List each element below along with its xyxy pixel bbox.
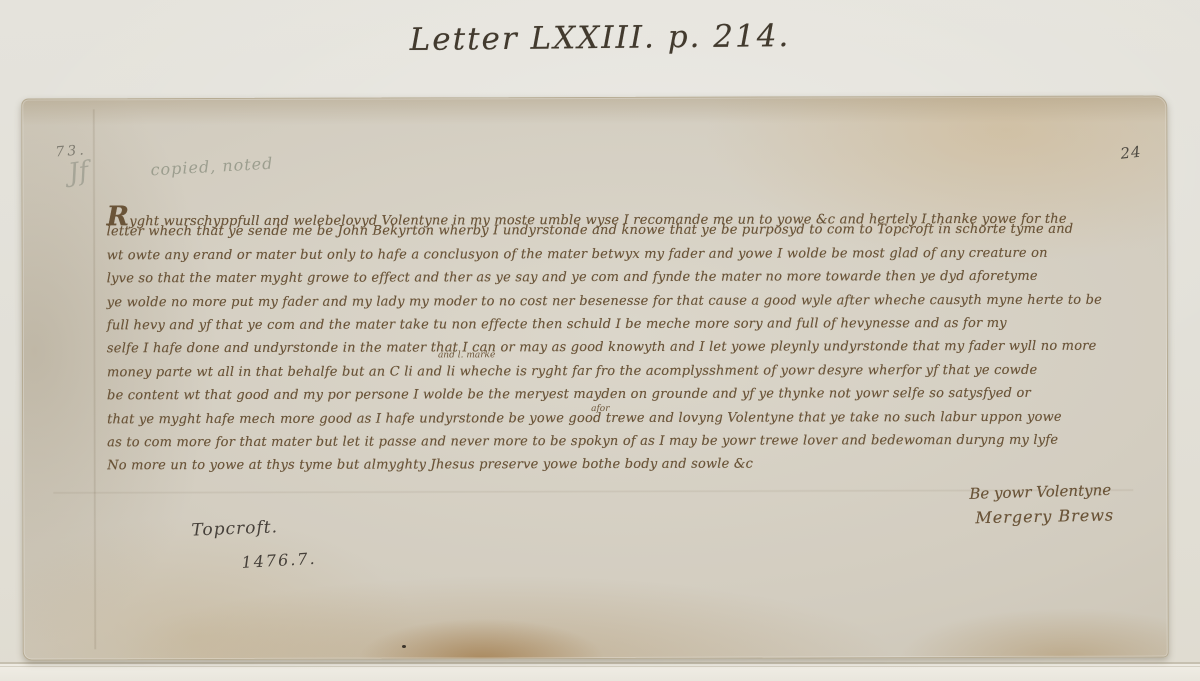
manuscript-line: ye wolde no more put my fader and my lad… bbox=[107, 292, 1137, 318]
manuscript-line: lyve so that the mater myght growe to ef… bbox=[107, 269, 1137, 295]
folio-number-annotation: 24 bbox=[1120, 143, 1143, 163]
manuscript-letter: 73. Jf copied, noted 24 Ryght wurschyppf… bbox=[21, 96, 1168, 661]
interlinear-insertion: and l. marke bbox=[438, 350, 495, 360]
manuscript-line: Ryght wurschyppfull and welebelovyd Vole… bbox=[107, 199, 1137, 225]
manuscript-photograph: Letter LXXIII. p. 214. 73. Jf copied, no… bbox=[0, 0, 1200, 681]
copied-annotation: copied, noted bbox=[150, 154, 274, 180]
page-title: Letter LXXIII. p. 214. bbox=[410, 18, 791, 58]
manuscript-line: as to com more for that mater but let it… bbox=[107, 432, 1137, 458]
manuscript-line: full hevy and yf that ye com and the mat… bbox=[107, 316, 1137, 342]
album-page-edge bbox=[0, 666, 1200, 681]
manuscript-line: selfe I hafe done and undyrstonde in the… bbox=[107, 339, 1137, 365]
manuscript-line: money parte wt all in that behalfe but a… bbox=[107, 362, 1137, 388]
vertical-fold-crease bbox=[92, 109, 96, 649]
manuscript-line: be content wt that good and my por perso… bbox=[107, 386, 1137, 412]
ink-speck bbox=[402, 645, 406, 648]
manuscript-line: that ye myght hafe mech more good as I h… bbox=[107, 409, 1137, 435]
manuscript-line: No more un to yowe at thys tyme but almy… bbox=[107, 456, 1137, 482]
signature-valediction: Be yowr Volentyne bbox=[969, 481, 1111, 503]
monogram-initials-annotation: Jf bbox=[66, 156, 90, 189]
place-annotation: Topcroft. bbox=[191, 517, 278, 540]
signature-name: Mergery Brews bbox=[975, 505, 1114, 527]
manuscript-line: letter whech that ye sende me be John Be… bbox=[107, 222, 1137, 248]
interlinear-insertion: afor bbox=[591, 404, 609, 414]
letter-body-text: Ryght wurschyppfull and welebelovyd Vole… bbox=[107, 199, 1138, 482]
manuscript-line: wt owte any erand or mater but only to h… bbox=[107, 245, 1137, 271]
date-annotation: 1476.7. bbox=[241, 549, 317, 572]
